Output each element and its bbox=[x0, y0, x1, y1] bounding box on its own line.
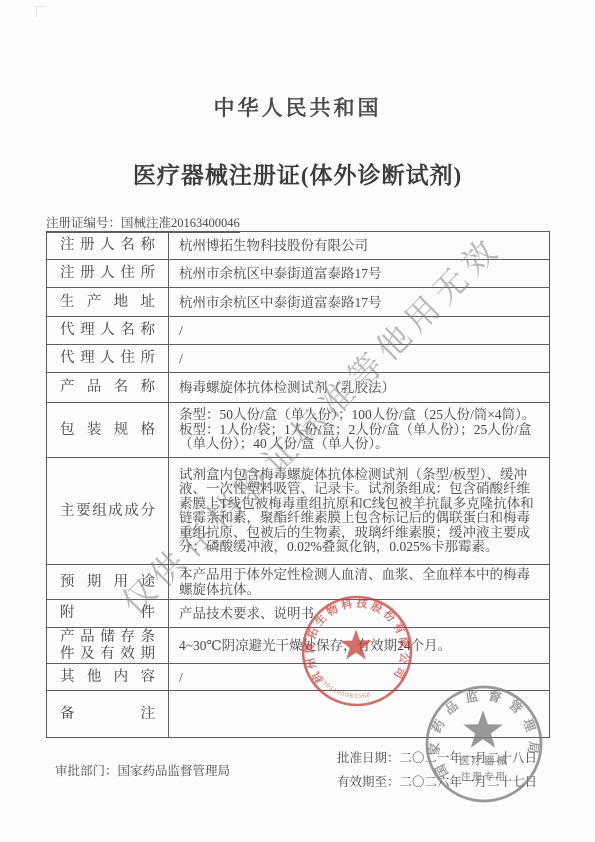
row-label: 注册人名称 bbox=[47, 232, 169, 260]
row-label: 其他内容 bbox=[47, 664, 169, 691]
authority-seal-line2: 注册专用 bbox=[461, 771, 507, 783]
row-value: 梅毒螺旋体抗体检测试剂（乳胶法） bbox=[169, 373, 550, 403]
certificate-table: 注册人名称 杭州博拓生物科技股份有限公司 注册人住所 杭州市余杭区中泰街道富泰路… bbox=[46, 231, 550, 738]
row-label-text: 预期用途 bbox=[60, 574, 155, 591]
row-label: 备注 bbox=[47, 691, 169, 738]
country-title: 中华人民共和国 bbox=[0, 92, 595, 122]
scan-artifact bbox=[36, 6, 45, 17]
row-label-text: 注册人名称 bbox=[60, 237, 155, 254]
row-label-text: 包装规格 bbox=[60, 422, 155, 439]
table-row-storage-validity: 产品储存条 件及有效期 4~30℃阴凉避光干燥处保存，有效期24个月。 bbox=[47, 628, 550, 664]
authority-seal-star-icon bbox=[463, 710, 502, 747]
authority-seal: 国家药品监督管理局 医疗器械 注册专用 bbox=[424, 684, 544, 804]
row-value: 试剂盒内包含梅毒螺旋体抗体检测试剂（条型/板型）、缓冲液、一次性塑料吸管、记录卡… bbox=[169, 458, 550, 565]
row-label-text: 生产地址 bbox=[60, 294, 155, 311]
row-label-text: 附件 bbox=[60, 605, 155, 622]
row-label-text: 备注 bbox=[60, 706, 155, 723]
row-label-text: 主要组成成分 bbox=[60, 503, 155, 520]
table-row-agent-name: 代理人名称 / bbox=[47, 317, 550, 345]
row-label-text: 产品名称 bbox=[60, 379, 155, 396]
row-label: 产品储存条 件及有效期 bbox=[47, 628, 169, 664]
row-value: / bbox=[169, 317, 550, 345]
registration-number-line: 注册证编号：国械注准20163400046 bbox=[46, 213, 240, 233]
row-label: 预期用途 bbox=[47, 565, 169, 600]
company-seal: 杭州博拓生物科技股份有限公司 3301100083568 bbox=[299, 593, 415, 709]
table-row-registrant-name: 注册人名称 杭州博拓生物科技股份有限公司 bbox=[47, 232, 550, 260]
row-label: 代理人名称 bbox=[47, 317, 169, 345]
valid-until-label: 有效期至： bbox=[337, 775, 400, 789]
table-row-intended-use: 预期用途 本产品用于体外定性检测人血清、血浆、全血样本中的梅毒螺旋体抗体。 bbox=[47, 565, 550, 600]
row-label: 附件 bbox=[47, 600, 169, 628]
row-value: 杭州市余杭区中泰街道富泰路17号 bbox=[169, 288, 550, 317]
authority-seal-ring bbox=[427, 687, 541, 801]
certificate-title: 医疗器械注册证(体外诊断试剂) bbox=[0, 157, 595, 190]
approval-department-line: 审批部门：国家药品监督管理局 bbox=[55, 761, 230, 779]
approval-department-value: 国家药品监督管理局 bbox=[118, 764, 231, 778]
registration-number-label: 注册证编号： bbox=[46, 216, 121, 230]
company-seal-star-icon bbox=[340, 629, 371, 659]
row-label-text: 代理人名称 bbox=[60, 322, 155, 339]
row-label: 代理人住所 bbox=[47, 345, 169, 373]
row-label: 主要组成成分 bbox=[47, 458, 169, 565]
table-row-packaging-spec: 包装规格 条型：50人份/盒（单人份）；100人份/盒（25人份/筒×4筒）。板… bbox=[47, 403, 550, 458]
approval-department-label: 审批部门： bbox=[55, 764, 118, 778]
row-value: 条型：50人份/盒（单人份）；100人份/盒（25人份/筒×4筒）。板型：1人份… bbox=[169, 403, 550, 458]
row-label-text: 其他内容 bbox=[60, 669, 155, 686]
table-row-agent-address: 代理人住所 / bbox=[47, 345, 550, 373]
row-label-text: 注册人住所 bbox=[60, 265, 155, 282]
authority-seal-line1: 医疗器械 bbox=[459, 754, 509, 767]
row-value: / bbox=[169, 345, 550, 373]
table-row-registrant-address: 注册人住所 杭州市余杭区中泰街道富泰路17号 bbox=[47, 260, 550, 288]
table-row-product-name: 产品名称 梅毒螺旋体抗体检测试剂（乳胶法） bbox=[47, 373, 550, 403]
row-label-text: 产品储存条 件及有效期 bbox=[60, 629, 155, 663]
row-label-text: 代理人住所 bbox=[60, 350, 155, 367]
row-value: 杭州市余杭区中泰街道富泰路17号 bbox=[169, 260, 550, 288]
row-label: 产品名称 bbox=[47, 373, 169, 403]
registration-number-value: 国械注准20163400046 bbox=[121, 216, 240, 230]
row-value: 杭州博拓生物科技股份有限公司 bbox=[169, 232, 550, 260]
table-row-production-address: 生产地址 杭州市余杭区中泰街道富泰路17号 bbox=[47, 288, 550, 317]
approval-date-label: 批准日期： bbox=[337, 751, 400, 765]
table-row-attachments: 附件 产品技术要求、说明书 bbox=[47, 600, 550, 628]
table-row-main-components: 主要组成成分 试剂盒内包含梅毒螺旋体抗体检测试剂（条型/板型）、缓冲液、一次性塑… bbox=[47, 458, 550, 565]
row-label: 注册人住所 bbox=[47, 260, 169, 288]
row-label: 生产地址 bbox=[47, 288, 169, 317]
row-label: 包装规格 bbox=[47, 403, 169, 458]
